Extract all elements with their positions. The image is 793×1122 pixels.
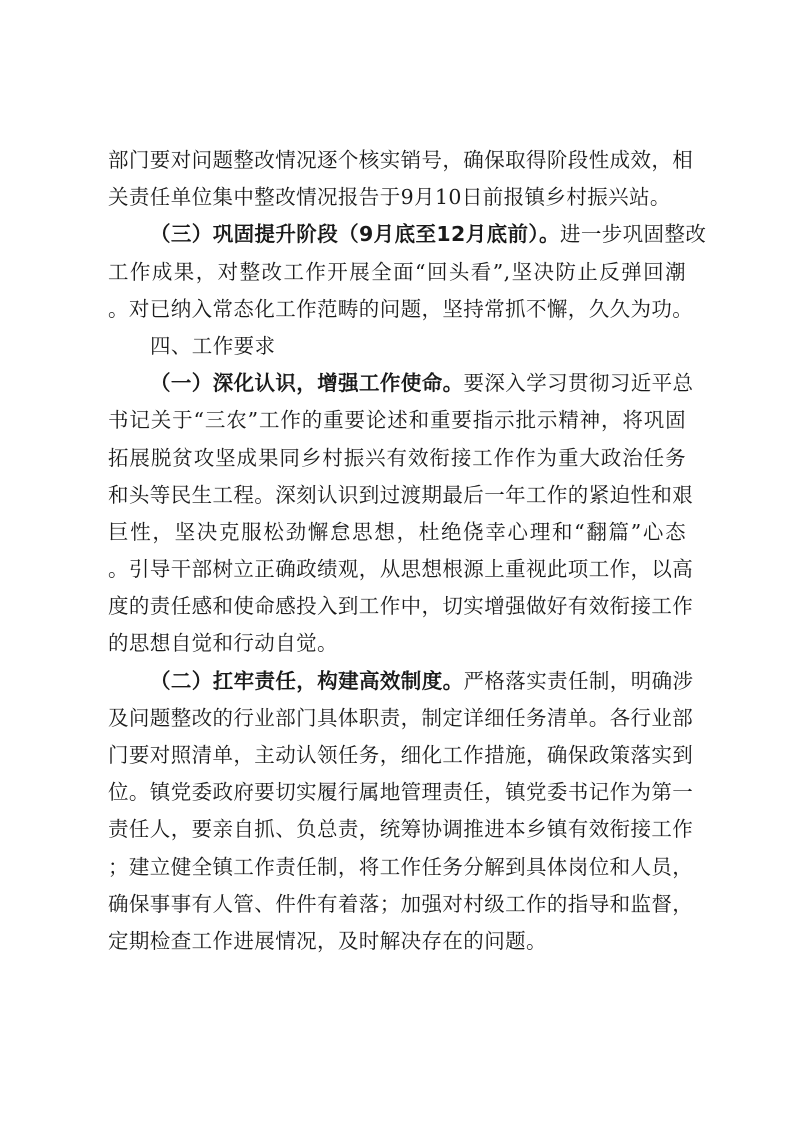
section-heading-work-requirements: 四、工作要求 — [108, 328, 686, 365]
text-line: 确保事事有人管、件件有着落；加强对村级工作的指导和监督， — [108, 886, 686, 923]
text-line: 拓展脱贫攻坚成果同乡村振兴有效衔接工作作为重大政治任务 — [108, 440, 686, 477]
text-line: 巨性，坚决克服松劲懈怠思想，杜绝侥幸心理和“翻篇”心态 — [108, 514, 686, 551]
subheading-consolidation-phase: （三）巩固提升阶段（9月底至12月底前）。 — [150, 222, 560, 246]
text-line: 和头等民生工程。深刻认识到过渡期最后一年工作的紧迫性和艰 — [108, 477, 686, 514]
text-line: 关责任单位集中整改情况报告于9月10日前报镇乡村振兴站。 — [108, 179, 686, 216]
paragraph-first-line: （三）巩固提升阶段（9月底至12月底前）。进一步巩固整改 — [108, 216, 686, 253]
subheading-responsibility: （二）扛牢责任，构建高效制度。 — [150, 669, 464, 693]
text-line: 。对已纳入常态化工作范畴的问题，坚持常抓不懈，久久为功。 — [108, 291, 686, 328]
text-line: 位。镇党委政府要切实履行属地管理责任，镇党委书记作为第一 — [108, 774, 686, 811]
text-run: 进一步巩固整改 — [560, 222, 706, 246]
text-line: 书记关于“三农”工作的重要论述和重要指示批示精神，将巩固 — [108, 402, 686, 439]
text-line: 工作成果，对整改工作开展全面“回头看”,坚决防止反弹回潮 — [108, 254, 686, 291]
text-line: 及问题整改的行业部门具体职责，制定详细任务清单。各行业部 — [108, 700, 686, 737]
text-line: 的思想自觉和行动自觉。 — [108, 625, 686, 662]
text-line: 部门要对问题整改情况逐个核实销号，确保取得阶段性成效，相 — [108, 142, 686, 179]
text-run: 要深入学习贯彻习近平总 — [464, 371, 694, 395]
subheading-deepen-understanding: （一）深化认识，增强工作使命。 — [150, 371, 464, 395]
paragraph-first-line: （二）扛牢责任，构建高效制度。严格落实责任制，明确涉 — [108, 663, 686, 700]
paragraph-first-line: （一）深化认识，增强工作使命。要深入学习贯彻习近平总 — [108, 365, 686, 402]
text-line: 门要对照清单，主动认领任务，细化工作措施，确保政策落实到 — [108, 737, 686, 774]
text-line: 。引导干部树立正确政绩观，从思想根源上重视此项工作，以高 — [108, 551, 686, 588]
text-line: 定期检查工作进展情况，及时解决存在的问题。 — [108, 923, 686, 960]
text-line: 责任人，要亲自抓、负总责，统筹协调推进本乡镇有效衔接工作 — [108, 811, 686, 848]
text-line: ；建立健全镇工作责任制，将工作任务分解到具体岗位和人员， — [108, 849, 686, 886]
text-line: 度的责任感和使命感投入到工作中，切实增强做好有效衔接工作 — [108, 588, 686, 625]
text-run: 严格落实责任制，明确涉 — [464, 669, 694, 693]
document-page: 部门要对问题整改情况逐个核实销号，确保取得阶段性成效，相 关责任单位集中整改情况… — [108, 142, 686, 960]
